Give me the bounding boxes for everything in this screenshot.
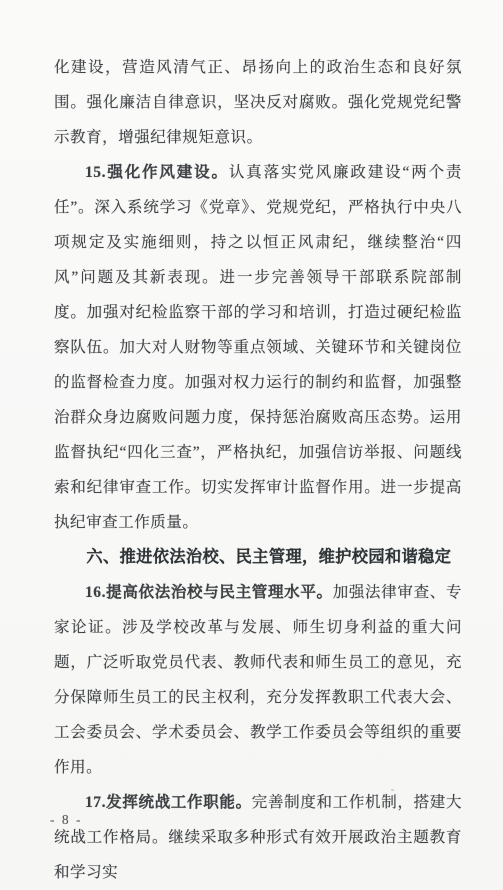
paragraph-item-15-lead: 15.强化作风建设。 bbox=[85, 164, 229, 181]
paragraph-item-15-text: 认真落实党风廉政建设“两个责任”。深入系统学习《党章》、党规党纪，严格执行中央八… bbox=[54, 164, 462, 531]
section-heading-six: 六、推进依法治校、民主管理，维护校园和谐稳定 bbox=[54, 540, 462, 575]
scanned-document-page: 化建设，营造风清气正、昂扬向上的政治生态和良好氛围。强化廉洁自律意识，坚决反对腐… bbox=[0, 0, 503, 863]
scan-speckle bbox=[424, 829, 426, 832]
paragraph-item-15: 15.强化作风建设。认真落实党风廉政建设“两个责任”。深入系统学习《党章》、党规… bbox=[54, 155, 462, 540]
paragraph-continuation: 化建设，营造风清气正、昂扬向上的政治生态和良好氛围。强化廉洁自律意识，坚决反对腐… bbox=[54, 50, 462, 155]
scan-speckle bbox=[391, 789, 394, 791]
paragraph-item-16-text: 加强法律审查、专家论证。涉及学校改革与发展、师生切身利益的重大问题，广泛听取党员… bbox=[54, 584, 462, 776]
paragraph-item-16-lead: 16.提高依法治校与民主管理水平。 bbox=[85, 584, 333, 601]
paragraph-item-16: 16.提高依法治校与民主管理水平。加强法律审查、专家论证。涉及学校改革与发展、师… bbox=[54, 575, 462, 785]
paragraph-item-17-lead: 17.发挥统战工作职能。 bbox=[85, 794, 252, 811]
paragraph-item-17: 17.发挥统战工作职能。完善制度和工作机制，搭建大统战工作格局。继续采取多种形式… bbox=[54, 785, 462, 863]
page-number: - 8 - bbox=[50, 810, 83, 830]
document-body: 化建设，营造风清气正、昂扬向上的政治生态和良好氛围。强化廉洁自律意识，坚决反对腐… bbox=[54, 50, 462, 863]
